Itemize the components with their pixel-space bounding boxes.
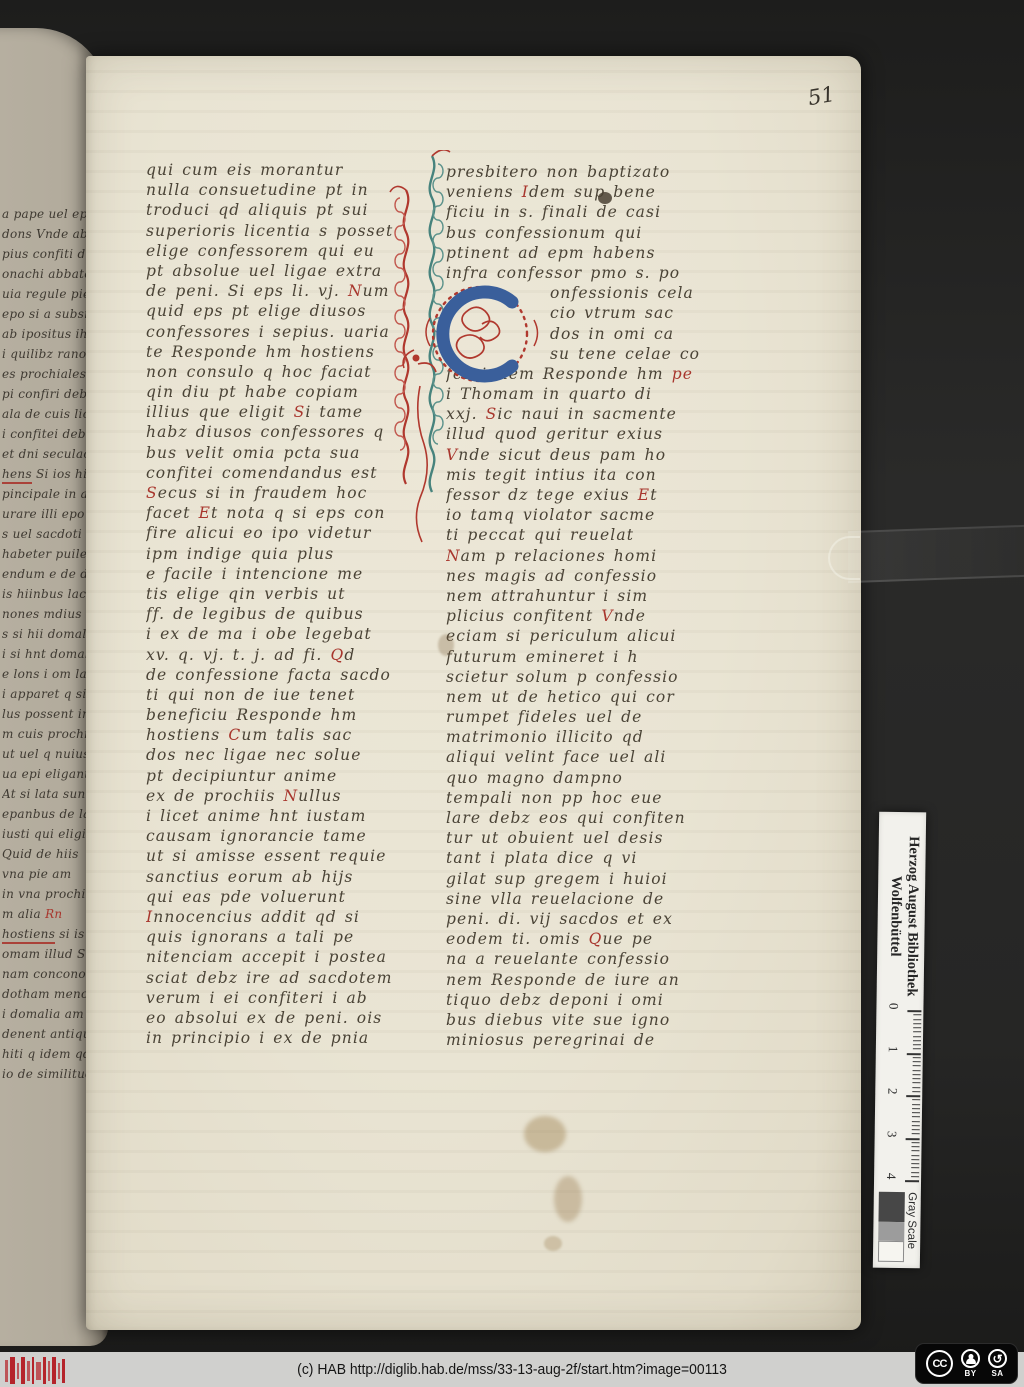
blue-letter-body xyxy=(443,292,512,376)
ruler-tick xyxy=(913,1027,921,1028)
manuscript-line: io de similitudi xyxy=(2,1064,90,1084)
manuscript-line: peni. di. vij sacdos et ex xyxy=(446,909,738,929)
calibration-strip: Herzog August Bibliothek Wolfenbüttel 01… xyxy=(873,812,926,1269)
manuscript-line: xv. q. vj. t. j. ad fi. Qd xyxy=(146,645,432,665)
parchment-stain xyxy=(524,1116,566,1152)
scale-number: 2 xyxy=(884,1088,900,1095)
manuscript-line: ua epi eligant xyxy=(2,764,90,784)
manuscript-line: sanctius eorum ab hijs xyxy=(146,867,432,887)
manuscript-line: causam ignorancie tame xyxy=(146,826,432,846)
manuscript-line: io tamq violator sacme xyxy=(446,505,738,525)
ruler-tick xyxy=(912,1129,920,1130)
ruler-tick xyxy=(912,1125,920,1126)
cc-by-label: BY xyxy=(964,1369,976,1378)
ruler-tick xyxy=(913,1074,921,1075)
manuscript-line: i domalia am xyxy=(2,1004,90,1024)
ruler-tick xyxy=(912,1082,920,1083)
barcode-bar xyxy=(21,1357,25,1384)
manuscript-line: eodem ti. omis Que pe xyxy=(446,929,738,949)
ruler-tick xyxy=(912,1078,920,1079)
manuscript-line: Innocencius addit qd si xyxy=(146,907,432,927)
manuscript-line: dons Vnde abbas xyxy=(2,224,90,244)
manuscript-line: sciat debz ire ad sacdotem xyxy=(146,968,432,988)
parchment-stain xyxy=(544,1236,562,1251)
manuscript-line: ti qui non de iue tenet xyxy=(146,685,432,705)
manuscript-line: ex de prochiis Nullus xyxy=(146,786,432,806)
manuscript-line: tis elige qin verbis ut xyxy=(146,584,432,604)
manuscript-line: rumpet fideles uel de xyxy=(446,707,738,727)
manuscript-line: i ex de ma i obe legebat xyxy=(146,624,432,644)
scale-number: 3 xyxy=(884,1130,900,1137)
swatch-white xyxy=(878,1241,904,1262)
manuscript-line: ff. de legibus de quibus xyxy=(146,604,432,624)
manuscript-line: nem Responde de iure an xyxy=(446,970,738,990)
manuscript-line: verum i ei confiteri i ab xyxy=(146,988,432,1008)
manuscript-line: tiquo debz deponi i omi xyxy=(446,990,738,1010)
manuscript-line: quo magno dampno xyxy=(446,768,738,788)
barcode-bar xyxy=(5,1360,8,1382)
barcode-bar xyxy=(36,1362,41,1380)
manuscript-line: hens Si ios hi de xyxy=(2,464,90,484)
manuscript-line: lus possent im xyxy=(2,704,90,724)
ruler-major-tick xyxy=(907,1010,921,1012)
manuscript-line: quis ignorans a tali pe xyxy=(146,927,432,947)
scale-number: 4 xyxy=(883,1173,899,1180)
manuscript-line: nem ut de hetico qui cor xyxy=(446,687,738,707)
manuscript-line: ut si amisse essent requie xyxy=(146,846,432,866)
cc-logo-label: CC xyxy=(933,1358,947,1370)
decorated-initial-C xyxy=(420,280,542,388)
manuscript-line: epo si a subsine xyxy=(2,304,90,324)
copyright-url-text: (c) HAB http://diglib.hab.de/mss/33-13-a… xyxy=(297,1361,727,1378)
manuscript-line: omam illud S xyxy=(2,944,90,964)
previous-page-text-fragments: a pape uel epi uddons Vnde abbaspius con… xyxy=(2,204,90,1084)
manuscript-line: ti peccat qui reuelat xyxy=(446,525,738,545)
manuscript-line: presbitero non baptizato xyxy=(446,162,738,182)
manuscript-line: Vnde sicut deus pam ho xyxy=(446,445,738,465)
ruler-tick xyxy=(912,1116,920,1117)
ruler-tick xyxy=(913,1061,921,1062)
manuscript-line: s si hii domalis xyxy=(2,624,90,644)
ink-stain xyxy=(598,192,612,204)
cc-sa-label: SA xyxy=(991,1369,1003,1378)
manuscript-line: bus diebus vite sue igno xyxy=(446,1010,738,1030)
manuscript-line: et dni seculacs Ri xyxy=(2,444,90,464)
ruler-tick xyxy=(911,1155,919,1156)
page-holder-strip xyxy=(848,525,1024,583)
ruler-tick xyxy=(911,1159,919,1160)
ruler-tick xyxy=(912,1099,920,1100)
manuscript-line: i si hnt domalia xyxy=(2,644,90,664)
ruler-tick xyxy=(911,1167,919,1168)
manuscript-line: nes magis ad confessio xyxy=(446,566,738,586)
manuscript-line: nam conconodo xyxy=(2,964,90,984)
red-filigree xyxy=(457,307,500,358)
manuscript-line: bus confessionum qui xyxy=(446,223,738,243)
ruler-tick xyxy=(912,1112,920,1113)
manuscript-line: hiti q idem qd xyxy=(2,1044,90,1064)
manuscript-line: in principio i ex de pnia xyxy=(146,1028,432,1048)
manuscript-line: uia regule pie n xyxy=(2,284,90,304)
manuscript-line: is hiinbus lacis xyxy=(2,584,90,604)
manuscript-line: miniosus peregrinai de xyxy=(446,1030,738,1050)
footer-bar: (c) HAB http://diglib.hab.de/mss/33-13-a… xyxy=(0,1352,1024,1387)
manuscript-line: pincipale in ali xyxy=(2,484,90,504)
manuscript-line: s uel sacdoti msi xyxy=(2,524,90,544)
initial-tail-flourish xyxy=(416,386,427,542)
manuscript-line: na a reuelante confessio xyxy=(446,949,738,969)
manuscript-line: veniens Idem sup bene xyxy=(446,182,738,202)
ruler-tick xyxy=(913,1057,921,1058)
cc-license-badge: CC BY ↺ SA xyxy=(915,1343,1018,1384)
manuscript-line: ut uel q nuius xyxy=(2,744,90,764)
ruler-tick xyxy=(912,1146,920,1147)
manuscript-line: i quilibz ranone xyxy=(2,344,90,364)
ruler-major-tick xyxy=(905,1180,919,1182)
ruler-tick xyxy=(913,1044,921,1045)
penwork-knot xyxy=(413,355,420,362)
grayscale-swatches xyxy=(878,1192,905,1262)
manuscript-line: pius confiti de xyxy=(2,244,90,264)
barcode-bar xyxy=(17,1363,19,1379)
ruler-tick xyxy=(911,1150,919,1151)
manuscript-line: nem attrahuntur i sim xyxy=(446,586,738,606)
barcode-bar xyxy=(10,1357,15,1384)
manuscript-line: urare illi epo co xyxy=(2,504,90,524)
barcode-bar xyxy=(58,1363,60,1379)
cc-by-person-icon xyxy=(961,1349,980,1368)
manuscript-line: es prochiales i si xyxy=(2,364,90,384)
manuscript-line: ptinent ad epm habens xyxy=(446,243,738,263)
manuscript-line: pi confiri debent xyxy=(2,384,90,404)
manuscript-line: tant i plata dice q vi xyxy=(446,848,738,868)
manuscript-line: habeter puilegi xyxy=(2,544,90,564)
ruler-tick xyxy=(911,1172,919,1173)
manuscript-line: ab ipositus ihezu xyxy=(2,324,90,344)
cc-logo-icon: CC xyxy=(926,1350,953,1377)
ruler-tick xyxy=(912,1142,920,1143)
manuscript-line: plicius confitent Vnde xyxy=(446,606,738,626)
ruler-tick xyxy=(912,1091,920,1092)
parchment-stain xyxy=(554,1176,582,1222)
manuscript-line: i apparet q si xyxy=(2,684,90,704)
barcode-bar xyxy=(43,1357,46,1384)
grayscale-patch: Gray Scale xyxy=(873,1190,921,1265)
cc-by-item: BY xyxy=(961,1349,980,1378)
barcode-bar xyxy=(62,1359,65,1383)
manuscript-line: fessor dz tege exius Et xyxy=(446,485,738,505)
manuscript-line: eo absolui ex de peni. ois xyxy=(146,1008,432,1028)
folio-number: 51 xyxy=(806,82,836,110)
manuscript-line: hostiens Cum talis sac xyxy=(146,725,432,745)
manuscript-line: qui eas pde voluerunt xyxy=(146,887,432,907)
manuscript-line: matrimonio illicito qd xyxy=(446,727,738,747)
ruler-tick xyxy=(913,1019,921,1020)
manuscript-line: m cuis prochia xyxy=(2,724,90,744)
manuscript-line: e lons i om lata xyxy=(2,664,90,684)
ruler-tick xyxy=(912,1121,920,1122)
barcode-bar xyxy=(27,1361,30,1381)
manuscript-line: nones mdius epi xyxy=(2,604,90,624)
manuscript-line: Quid de hiis xyxy=(2,844,90,864)
manuscript-line: illud quod geritur exius xyxy=(446,424,738,444)
barcode-bar xyxy=(32,1357,34,1384)
manuscript-line: futurum emineret i h xyxy=(446,647,738,667)
red-barcode-mark xyxy=(5,1357,65,1384)
manuscript-line: in vna prochia xyxy=(2,884,90,904)
cc-sa-item: ↺ SA xyxy=(988,1349,1007,1378)
manuscript-line: i licet anime hnt iustam xyxy=(146,806,432,826)
manuscript-line: ficiu in s. finali de casi xyxy=(446,202,738,222)
manuscript-line: tempali non pp hoc eue xyxy=(446,788,738,808)
ruler-tick xyxy=(911,1163,919,1164)
manuscript-line: iusti qui eligit xyxy=(2,824,90,844)
barcode-bar xyxy=(48,1361,50,1381)
manuscript-line: lare debz eos qui confiten xyxy=(446,808,738,828)
ruler-tick xyxy=(913,1023,921,1024)
manuscript-line: aliqui velint face uel ali xyxy=(446,747,738,767)
manuscript-line: m alia Rn xyxy=(2,904,90,924)
ruler-tick xyxy=(913,1031,921,1032)
scale-number: 1 xyxy=(885,1045,901,1052)
ruler-tick xyxy=(913,1070,921,1071)
manuscript-line: gilat sup gregem i huioi xyxy=(446,869,738,889)
red-leaf-scallops xyxy=(395,198,405,450)
cm-ruler: 01234 xyxy=(874,1010,923,1187)
ruler-tick xyxy=(911,1176,919,1177)
manuscript-line: a pape uel epi ud xyxy=(2,204,90,224)
scale-number: 0 xyxy=(885,1003,901,1010)
manuscript-line: Nam p relaciones homi xyxy=(446,546,738,566)
ruler-tick xyxy=(913,1048,921,1049)
barcode-bar xyxy=(52,1357,56,1384)
ruler-tick xyxy=(912,1108,920,1109)
cc-sa-arrow-icon: ↺ xyxy=(988,1349,1007,1368)
manuscript-line: dotham mencioes xyxy=(2,984,90,1004)
ruler-tick xyxy=(913,1065,921,1066)
swatch-dark-gray xyxy=(878,1192,904,1222)
parchment-stain xyxy=(438,634,454,656)
manuscript-line: eciam si periculum alicui xyxy=(446,626,738,646)
manuscript-line: mis tegit intius ita con xyxy=(446,465,738,485)
library-name-line1: Herzog August Bibliothek xyxy=(902,820,922,1012)
ruler-tick xyxy=(913,1014,921,1015)
manuscript-line: i confitei debent xyxy=(2,424,90,444)
manuscript-line: beneficiu Responde hm xyxy=(146,705,432,725)
manuscript-line: scietur solum p confessio xyxy=(446,667,738,687)
person-body xyxy=(966,1358,976,1364)
manuscript-line: hostiens si is ij xyxy=(2,924,90,944)
manuscript-line: tur ut obuient uel desis xyxy=(446,828,738,848)
ruler-tick xyxy=(913,1040,921,1041)
ruler-tick xyxy=(912,1087,920,1088)
manuscript-line: ala de cuis lice xyxy=(2,404,90,424)
ruler-tick xyxy=(912,1133,920,1134)
manuscript-line: At si lata sunt xyxy=(2,784,90,804)
ruler-tick xyxy=(912,1104,920,1105)
grayscale-label: Gray Scale xyxy=(905,1192,918,1262)
manuscript-line: epanbus de lan xyxy=(2,804,90,824)
manuscript-line: de confessione facta sacdo xyxy=(146,665,432,685)
manuscript-line: sine vlla reuelacione de xyxy=(446,889,738,909)
manuscript-line: vna pie am xyxy=(2,864,90,884)
digitized-manuscript-view: a pape uel epi uddons Vnde abbaspius con… xyxy=(0,0,1024,1387)
manuscript-line: onachi abbate ud xyxy=(2,264,90,284)
manuscript-line: nitenciam accepit i postea xyxy=(146,947,432,967)
ruler-major-tick xyxy=(907,1053,921,1055)
ruler-major-tick xyxy=(906,1138,920,1140)
manuscript-line: pt decipiuntur anime xyxy=(146,766,432,786)
manuscript-page: 51 qui cum eis moranturnulla consuetudin… xyxy=(86,56,861,1330)
swatch-mid-gray xyxy=(878,1222,904,1241)
manuscript-line: xxj. Sic naui in sacmente xyxy=(446,404,738,424)
ruler-tick xyxy=(913,1036,921,1037)
manuscript-line: dos nec ligae nec solue xyxy=(146,745,432,765)
ruler-major-tick xyxy=(906,1095,920,1097)
manuscript-line: endum e de doni xyxy=(2,564,90,584)
library-name-label: Herzog August Bibliothek Wolfenbüttel xyxy=(876,820,922,1013)
manuscript-line: denent antiquo ipi xyxy=(2,1024,90,1044)
